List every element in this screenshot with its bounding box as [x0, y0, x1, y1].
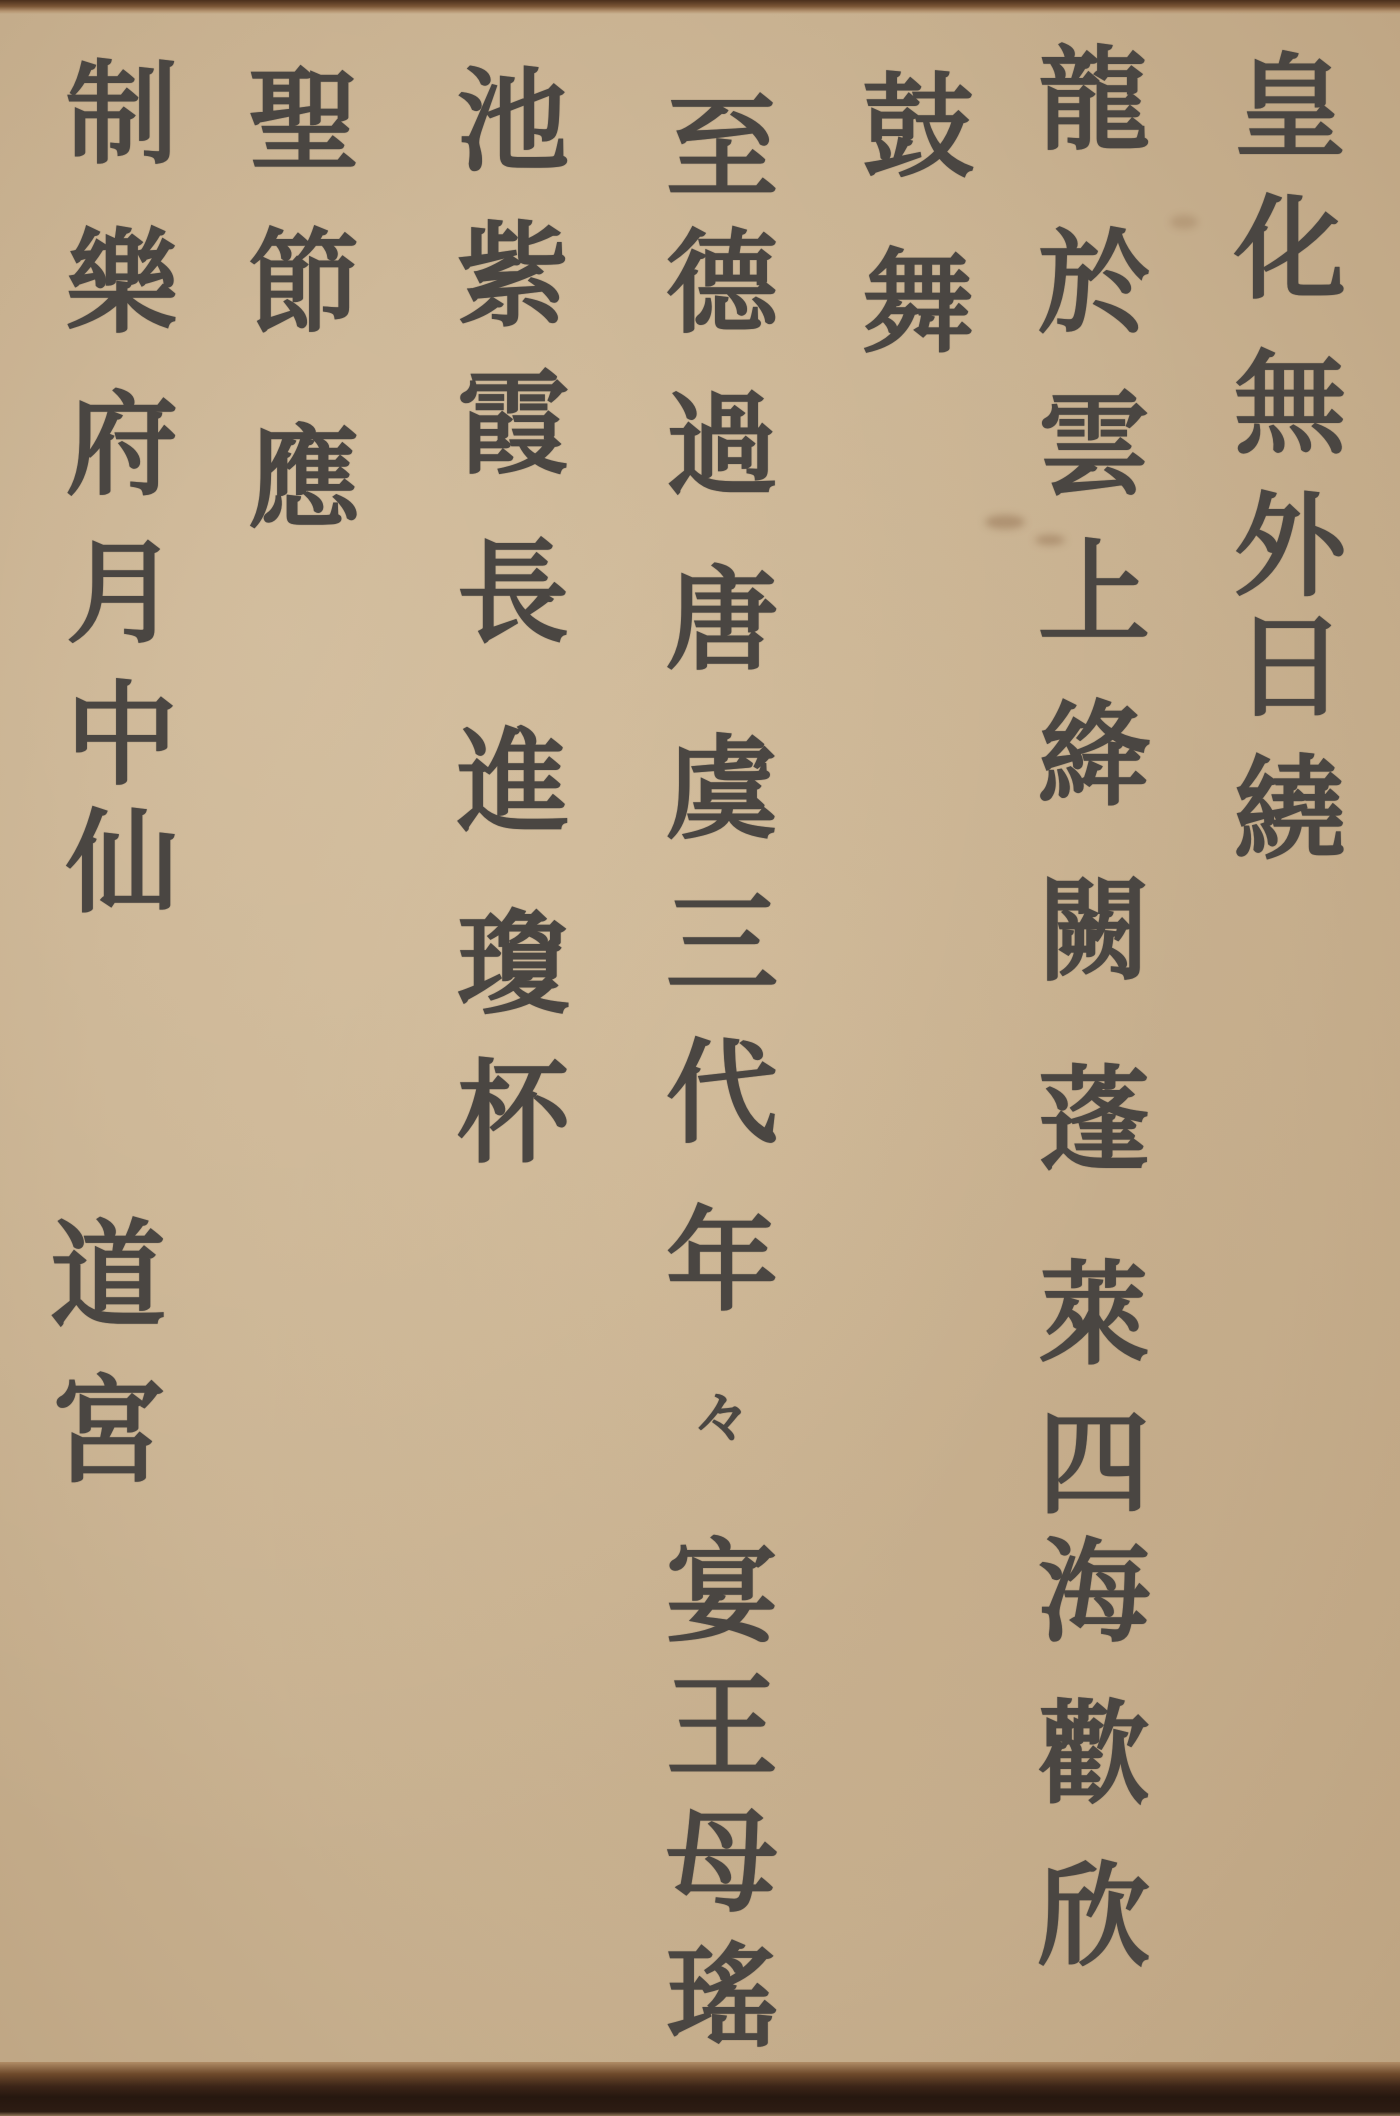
calligraphy-character: 舞: [853, 239, 983, 369]
calligraphy-character: 無: [1225, 340, 1355, 470]
calligraphy-character: 宮: [43, 1366, 173, 1496]
calligraphy-character: 過: [657, 381, 787, 511]
calligraphy-character: 虞: [657, 725, 787, 855]
calligraphy-character: 霞: [448, 360, 578, 490]
calligraphy-character: 制: [57, 50, 187, 180]
calligraphy-character: 池: [448, 57, 578, 187]
paper-stain: [985, 515, 1025, 529]
calligraphy-character: 日: [1225, 603, 1355, 733]
calligraphy-character: 宴: [657, 1528, 787, 1658]
calligraphy-character: 鼓: [853, 63, 983, 193]
calligraphy-character: 仙: [57, 799, 187, 929]
calligraphy-character: 歡: [1029, 1690, 1159, 1820]
calligraphy-character: 蓬: [1029, 1056, 1159, 1186]
calligraphy-character: 化: [1225, 185, 1355, 315]
paper-stain: [1170, 215, 1198, 229]
calligraphy-character: 長: [448, 529, 578, 659]
calligraphy-character: 府: [57, 381, 187, 511]
calligraphy-character: 萊: [1029, 1251, 1159, 1381]
calligraphy-character: 應: [239, 414, 369, 544]
calligraphy-character: 雲: [1029, 381, 1159, 511]
calligraphy-character: 絳: [1029, 691, 1159, 821]
calligraphy-character: 欣: [1029, 1852, 1159, 1982]
calligraphy-character: 闕: [1029, 867, 1159, 997]
calligraphy-character: 月: [57, 529, 187, 659]
calligraphy-character: 於: [1029, 219, 1159, 349]
bottom-mounting-rod: [0, 2062, 1400, 2116]
calligraphy-character: 代: [657, 1029, 787, 1159]
calligraphy-character: 瑤: [657, 1933, 787, 2063]
calligraphy-character: 至: [657, 84, 787, 214]
calligraphy-character: 上: [1029, 529, 1159, 659]
calligraphy-character: 聖: [239, 57, 369, 187]
calligraphy-character: 王: [657, 1663, 787, 1793]
calligraphy-character: 杯: [448, 1049, 578, 1179]
calligraphy-character: 德: [657, 219, 787, 349]
calligraphy-character: 道: [43, 1211, 173, 1341]
calligraphy-character: 瓊: [448, 900, 578, 1030]
calligraphy-character: 節: [239, 219, 369, 349]
calligraphy-character: 中: [57, 671, 187, 801]
calligraphy-character: 々: [657, 1353, 787, 1483]
calligraphy-character: 母: [657, 1798, 787, 1928]
calligraphy-character: 四: [1029, 1400, 1159, 1530]
calligraphy-character: 進: [448, 718, 578, 848]
calligraphy-character: 外: [1225, 482, 1355, 612]
calligraphy-character: 紫: [448, 212, 578, 342]
calligraphy-scroll: 皇化無外日繞龍於雲上絳闕蓬萊四海歡欣鼓舞至德過唐虞三代年々宴王母瑤池紫霞長進瓊杯…: [0, 0, 1400, 2116]
calligraphy-character: 唐: [657, 556, 787, 686]
calligraphy-character: 樂: [57, 219, 187, 349]
calligraphy-character: 繞: [1225, 745, 1355, 875]
top-mounting-rod: [0, 0, 1400, 14]
calligraphy-character: 年: [657, 1197, 787, 1327]
calligraphy-character: 海: [1029, 1528, 1159, 1658]
calligraphy-character: 龍: [1029, 36, 1159, 166]
calligraphy-character: 皇: [1225, 43, 1355, 173]
calligraphy-character: 三: [657, 880, 787, 1010]
